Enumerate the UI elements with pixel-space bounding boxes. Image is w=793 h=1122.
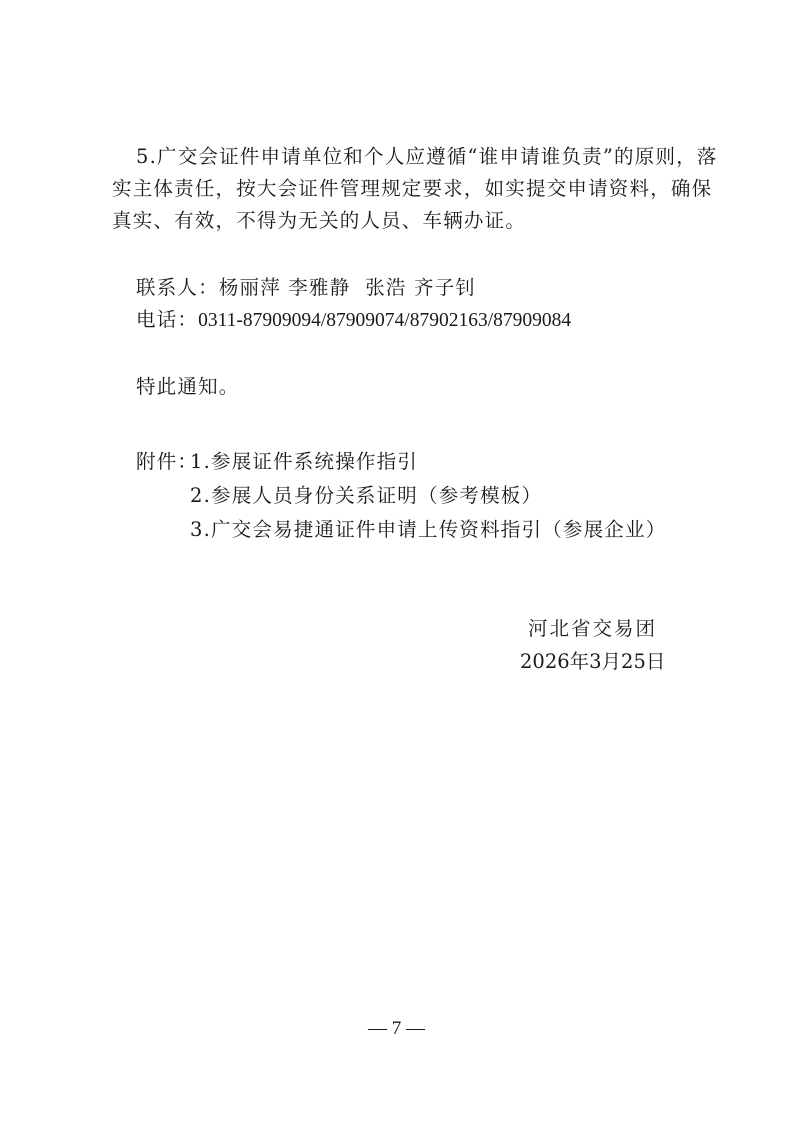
- phone-label: 电话：: [136, 308, 198, 331]
- signature-date: 2026年3月25日: [520, 650, 665, 674]
- phone-numbers: 0311-87909094/87909074/87902163/87909084: [198, 310, 571, 331]
- contact-names: 杨丽萍 李雅静 张浩 齐子钊: [219, 276, 476, 299]
- notice-text: 特此通知。: [136, 375, 240, 399]
- attachment-item-3: 3.广交会易捷通证件申请上传资料指引（参展企业）: [190, 518, 666, 542]
- contact-persons: 联系人：杨丽萍 李雅静 张浩 齐子钊: [136, 276, 476, 300]
- paragraph-5-line-1: 5.广交会证件申请单位和个人应遵循“谁申请谁负责”的原则，落: [136, 145, 718, 169]
- signature-org: 河北省交易团: [528, 617, 657, 641]
- contact-label: 联系人：: [136, 276, 219, 299]
- attachment-item-2: 2.参展人员身份关系证明（参考模板）: [190, 484, 542, 508]
- paragraph-5-line-3: 真实、有效，不得为无关的人员、车辆办证。: [112, 209, 526, 233]
- page-number: — 7 —: [0, 1018, 793, 1040]
- attachments-label: 附件：: [136, 450, 198, 474]
- document-page: 5.广交会证件申请单位和个人应遵循“谁申请谁负责”的原则，落 实主体责任，按大会…: [0, 0, 793, 1122]
- attachment-item-1: 1.参展证件系统操作指引: [190, 450, 418, 474]
- paragraph-5-line-2: 实主体责任，按大会证件管理规定要求，如实提交申请资料，确保: [112, 177, 712, 201]
- contact-phone: 电话：0311-87909094/87909074/87902163/87909…: [136, 308, 571, 333]
